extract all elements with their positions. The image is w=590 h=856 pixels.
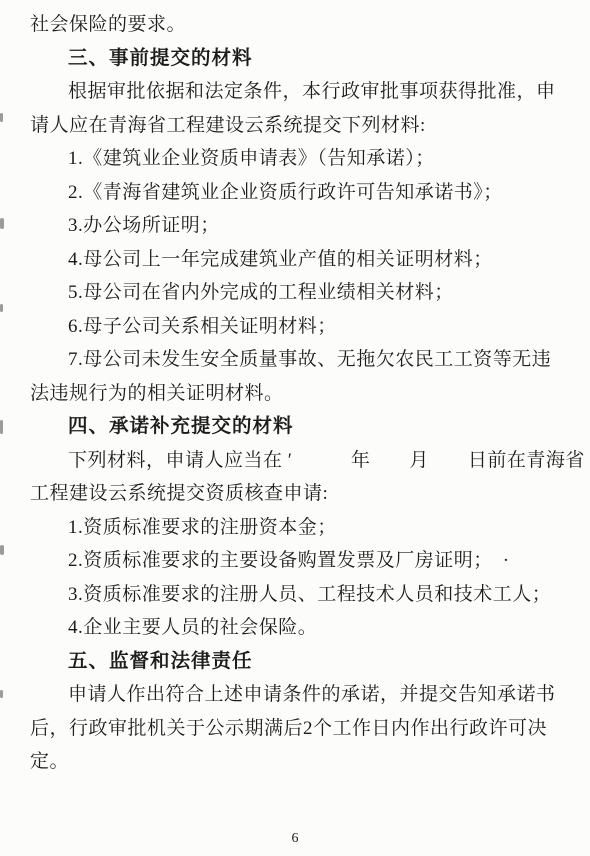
doc-line: 根据审批依据和法定条件，本行政审批事项获得批准，申 xyxy=(30,75,566,109)
doc-line: 法违规行为的相关证明材料。 xyxy=(30,377,566,411)
section-heading-3: 三、事前提交的材料 xyxy=(30,42,566,76)
list-item-3: 3.资质标准要求的注册人员、工程技术人员和技术工人； xyxy=(30,578,566,612)
document-page: 社会保险的要求。 三、事前提交的材料 根据审批依据和法定条件，本行政审批事项获得… xyxy=(0,0,590,856)
list-item-4: 4.母公司上一年完成建筑业产值的相关证明材料； xyxy=(30,243,566,277)
doc-line-date-blanks: 下列材料，申请人应当在 ′ 年 月 日前在青海省 xyxy=(30,444,566,478)
document-body: 社会保险的要求。 三、事前提交的材料 根据审批依据和法定条件，本行政审批事项获得… xyxy=(30,8,566,779)
scan-artifact xyxy=(0,304,3,312)
scan-artifact xyxy=(0,420,3,434)
doc-line: 定。 xyxy=(30,745,566,779)
doc-line: 申请人作出符合上述申请条件的承诺，并提交告知承诺书 xyxy=(30,678,566,712)
list-item-6: 6.母子公司关系相关证明材料； xyxy=(30,310,566,344)
scan-artifact xyxy=(0,690,3,698)
list-item-1: 1.资质标准要求的注册资本金； xyxy=(30,511,566,545)
list-item-1: 1.《建筑业企业资质申请表》（告知承诺）； xyxy=(30,142,566,176)
section-heading-4: 四、承诺补充提交的材料 xyxy=(30,410,566,444)
scan-artifact xyxy=(0,545,4,555)
list-item-3: 3.办公场所证明； xyxy=(30,209,566,243)
doc-line: 请人应在青海省工程建设云系统提交下列材料: xyxy=(30,109,566,143)
list-item-2: 2.《青海省建筑业企业资质行政许可告知承诺书》； xyxy=(30,176,566,210)
list-item-4: 4.企业主要人员的社会保险。 xyxy=(30,611,566,645)
doc-line: 社会保险的要求。 xyxy=(30,8,566,42)
scan-artifact xyxy=(0,113,3,122)
doc-line: 后，行政审批机关于公示期满后2个工作日内作出行政许可决 xyxy=(30,712,566,746)
list-item-7: 7.母公司未发生安全质量事故、无拖欠农民工工资等无违 xyxy=(30,343,566,377)
page-number: 6 xyxy=(0,831,590,847)
list-item-5: 5.母公司在省内外完成的工程业绩相关材料； xyxy=(30,276,566,310)
scan-artifact xyxy=(0,218,4,229)
doc-line: 工程建设云系统提交资质核查申请: xyxy=(30,477,566,511)
list-item-2: 2.资质标准要求的主要设备购置发票及厂房证明； · xyxy=(30,544,566,578)
section-heading-5: 五、监督和法律责任 xyxy=(30,645,566,679)
